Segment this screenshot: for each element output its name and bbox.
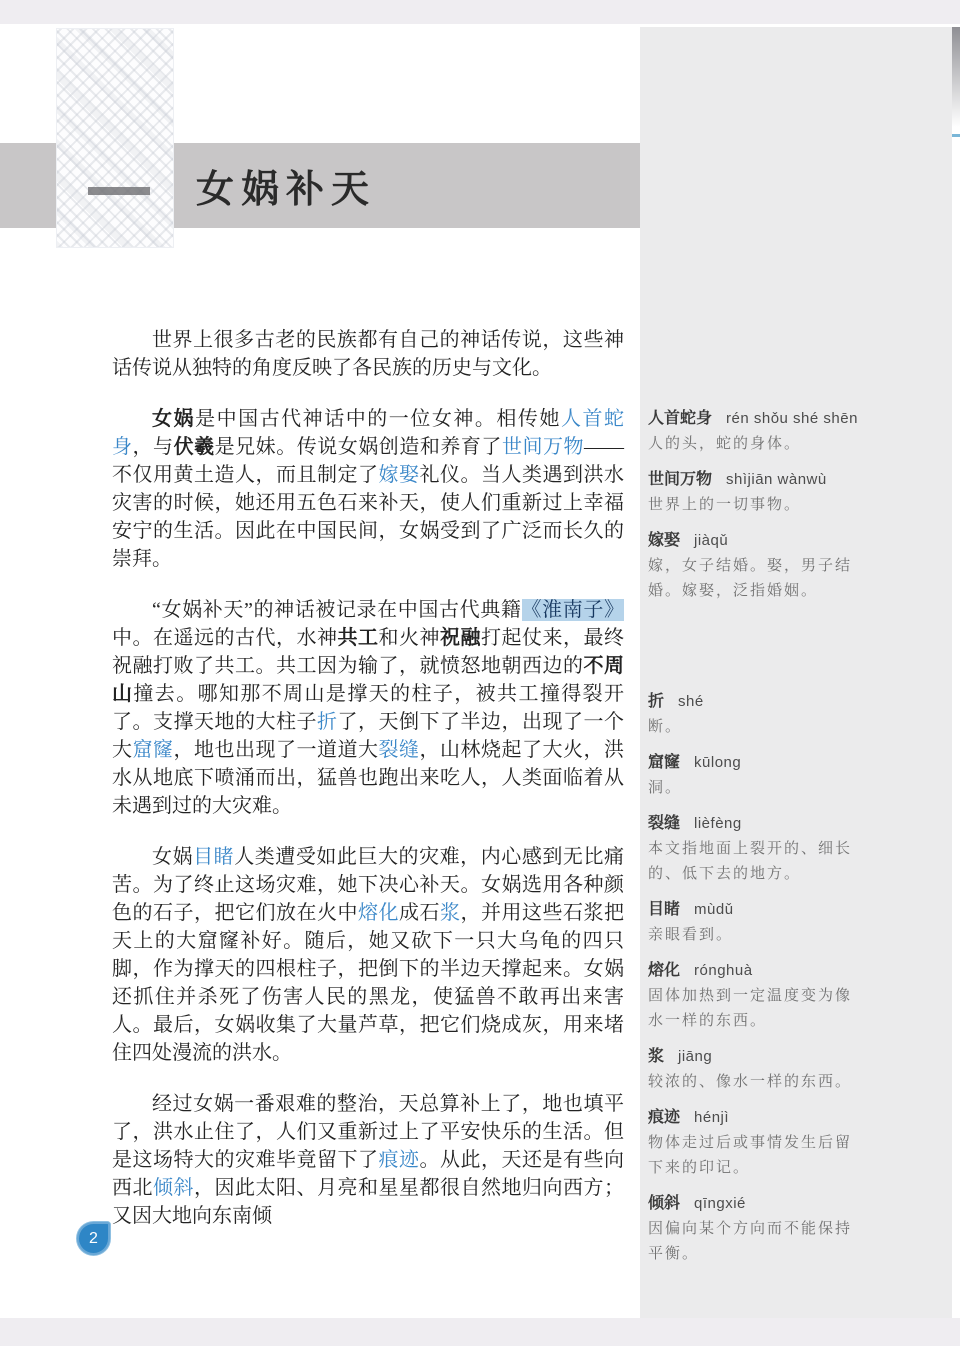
text-segment: 女娲	[152, 846, 193, 868]
vocab-pinyin: rén shǒu shé shēn	[726, 410, 858, 427]
page-number-badge: 2	[77, 1222, 110, 1255]
vocab-entry: 浆jiāng较浓的、像水一样的东西。	[648, 1043, 946, 1095]
vocab-word: 痕迹	[648, 1109, 680, 1126]
vocab-entry: 世间万物shìjiān wànwù世界上的一切事物。	[648, 466, 946, 518]
vocab-word: 窟窿	[648, 754, 680, 771]
paragraph: 女娲目睹人类遭受如此巨大的灾难，内心感到无比痛苦。为了终止这场灾难，她下决心补天…	[112, 843, 624, 1067]
vocab-entry: 倾斜qīngxié因偏向某个方向而不能保持平衡。	[648, 1190, 946, 1267]
vocab-word: 浆	[648, 1048, 664, 1065]
vocab-headword-row: 痕迹hénjì	[648, 1104, 946, 1131]
text-segment: ，地也出现了一道道大	[174, 739, 379, 761]
vocab-group-1: 人首蛇身rén shǒu shé shēn人的头，蛇的身体。世间万物shìjiā…	[648, 405, 946, 613]
vocab-linked-term: 倾斜	[153, 1177, 194, 1199]
vocab-word: 嫁娶	[648, 532, 680, 549]
vocab-headword-row: 裂缝lièfèng	[648, 810, 946, 837]
vocab-definition: 物体走过后或事情发生后留下来的印记。	[648, 1131, 862, 1181]
vocab-linked-term: 折	[317, 711, 338, 733]
vocab-headword-row: 目睹mùdǔ	[648, 896, 946, 923]
vocab-headword-row: 熔化rónghuà	[648, 957, 946, 984]
page-title: 女娲补天	[196, 158, 376, 213]
text-segment: 中。在遥远的古代，水神	[112, 627, 338, 649]
vocab-pinyin: mùdǔ	[694, 901, 734, 918]
vocab-headword-row: 折shé	[648, 688, 946, 715]
vocab-sidebar: 人首蛇身rén shǒu shé shēn人的头，蛇的身体。世间万物shìjiā…	[640, 27, 952, 1318]
vocab-pinyin: qīngxié	[694, 1195, 746, 1212]
text-segment: 和火神	[379, 627, 441, 649]
vocab-linked-term: 嫁娶	[379, 464, 420, 486]
vocab-entry: 熔化rónghuà固体加热到一定温度变为像水一样的东西。	[648, 957, 946, 1034]
page-bottom-margin	[0, 1318, 960, 1346]
vocab-entry: 折shé断。	[648, 688, 946, 740]
paragraph: 经过女娲一番艰难的整治，天总算补上了，地也填平了，洪水止住了，人们又重新过上了平…	[112, 1090, 624, 1230]
vocab-headword-row: 世间万物shìjiān wànwù	[648, 466, 946, 493]
vocab-linked-term: 窟窿	[133, 739, 174, 761]
bold-proper-noun: 共工	[338, 627, 379, 649]
vocab-word: 折	[648, 693, 664, 710]
vocab-headword-row: 人首蛇身rén shǒu shé shēn	[648, 405, 946, 432]
decorative-lattice-pattern	[56, 28, 174, 248]
page-number: 2	[89, 1230, 98, 1248]
vocab-definition: 固体加热到一定温度变为像水一样的东西。	[648, 984, 862, 1034]
page-top-margin	[0, 0, 960, 24]
paragraph: 世界上很多古老的民族都有自己的神话传说，这些神话传说从独特的角度反映了各民族的历…	[112, 326, 624, 382]
lesson-number-dash	[88, 187, 150, 195]
text-segment: 世界上很多古老的民族都有自己的神话传说，这些神话传说从独特的角度反映了各民族的历…	[112, 329, 624, 379]
vocab-definition: 嫁，女子结婚。娶，男子结婚。嫁娶，泛指婚姻。	[648, 554, 862, 604]
vocab-word: 裂缝	[648, 815, 680, 832]
text-segment: “女娲补天”的神话被记录在中国古代典籍	[152, 599, 522, 621]
vocab-linked-term: 痕迹	[379, 1149, 420, 1171]
bold-proper-noun: 祝融	[440, 627, 481, 649]
vocab-linked-term: 浆	[440, 902, 461, 924]
vocab-word: 世间万物	[648, 471, 712, 488]
text-segment: ，与	[133, 436, 174, 458]
vocab-linked-term: 裂缝	[379, 739, 420, 761]
text-segment: 是兄妹。传说女娲创造和养育了	[215, 436, 502, 458]
vocab-definition: 洞。	[648, 776, 862, 801]
vocab-entry: 痕迹hénjì物体走过后或事情发生后留下来的印记。	[648, 1104, 946, 1181]
vocab-pinyin: hénjì	[694, 1109, 729, 1126]
vocab-pinyin: shé	[678, 693, 704, 710]
vocab-linked-term: 熔化	[358, 902, 399, 924]
vocab-headword-row: 倾斜qīngxié	[648, 1190, 946, 1217]
paragraph: “女娲补天”的神话被记录在中国古代典籍《淮南子》中。在遥远的古代，水神共工和火神…	[112, 596, 624, 820]
text-segment: 成石	[399, 902, 440, 924]
page-edge-mark	[952, 134, 960, 137]
vocab-entry: 嫁娶jiàqǔ嫁，女子结婚。娶，男子结婚。嫁娶，泛指婚姻。	[648, 527, 946, 604]
body-text: 世界上很多古老的民族都有自己的神话传说，这些神话传说从独特的角度反映了各民族的历…	[112, 326, 624, 1253]
vocab-pinyin: jiāng	[678, 1048, 712, 1065]
vocab-entry: 裂缝lièfèng本文指地面上裂开的、细长的、低下去的地方。	[648, 810, 946, 887]
vocab-definition: 本文指地面上裂开的、细长的、低下去的地方。	[648, 837, 862, 887]
vocab-pinyin: lièfèng	[694, 815, 742, 832]
text-segment: ，并用这些石浆把天上的大窟窿补好。随后，她又砍下一只大乌龟的四只脚，作为撑天的四…	[112, 902, 624, 1064]
vocab-word: 倾斜	[648, 1195, 680, 1212]
textbook-page: 人首蛇身rén shǒu shé shēn人的头，蛇的身体。世间万物shìjiā…	[0, 0, 960, 1346]
highlighted-book-title: 《淮南子》	[522, 599, 624, 621]
bold-proper-noun: 女娲	[152, 408, 195, 430]
vocab-definition: 世界上的一切事物。	[648, 493, 862, 518]
vocab-headword-row: 窟窿kūlong	[648, 749, 946, 776]
vocab-headword-row: 嫁娶jiàqǔ	[648, 527, 946, 554]
vocab-pinyin: shìjiān wànwù	[726, 471, 827, 488]
vocab-word: 人首蛇身	[648, 410, 712, 427]
vocab-definition: 因偏向某个方向而不能保持平衡。	[648, 1217, 862, 1267]
vocab-definition: 亲眼看到。	[648, 923, 862, 948]
vocab-word: 目睹	[648, 901, 680, 918]
text-segment: 是中国古代神话中的一位女神。相传她	[195, 408, 561, 430]
vocab-pinyin: rónghuà	[694, 962, 753, 979]
vocab-entry: 窟窿kūlong洞。	[648, 749, 946, 801]
vocab-pinyin: jiàqǔ	[694, 532, 728, 549]
vocab-definition: 较浓的、像水一样的东西。	[648, 1070, 862, 1095]
vocab-linked-term: 世间万物	[502, 436, 584, 458]
vocab-headword-row: 浆jiāng	[648, 1043, 946, 1070]
vocab-definition: 断。	[648, 715, 862, 740]
vocab-entry: 目睹mùdǔ亲眼看到。	[648, 896, 946, 948]
page-edge-shadow	[952, 27, 960, 127]
vocab-entry: 人首蛇身rén shǒu shé shēn人的头，蛇的身体。	[648, 405, 946, 457]
vocab-word: 熔化	[648, 962, 680, 979]
vocab-definition: 人的头，蛇的身体。	[648, 432, 862, 457]
bold-proper-noun: 伏羲	[174, 436, 215, 458]
vocab-pinyin: kūlong	[694, 754, 741, 771]
vocab-group-2: 折shé断。窟窿kūlong洞。裂缝lièfèng本文指地面上裂开的、细长的、低…	[648, 688, 946, 1276]
vocab-linked-term: 目睹	[193, 846, 234, 868]
paragraph: 女娲是中国古代神话中的一位女神。相传她人首蛇身，与伏羲是兄妹。传说女娲创造和养育…	[112, 405, 624, 573]
